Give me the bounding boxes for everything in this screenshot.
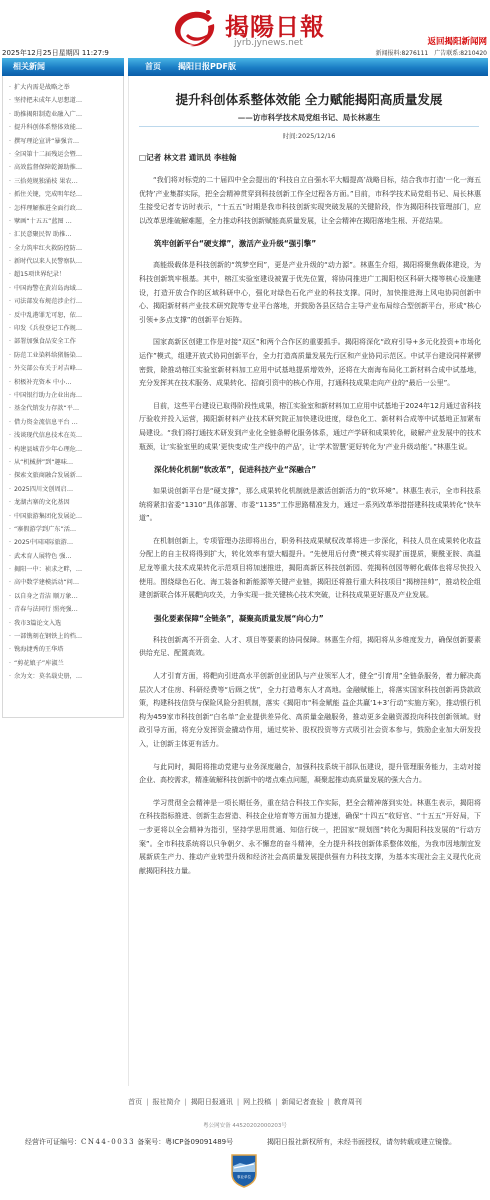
section-heading: 深化转化机制“软改革”，促进科技产业“深融合”	[139, 463, 481, 476]
article-time: 时间:2025/12/16	[129, 131, 489, 140]
related-news-item[interactable]: 探索文旅商融合发展新…	[9, 469, 123, 482]
article-paragraph: 在机制创新上，专项管理办法即将出台，职务科技成果赋权改革将进一步深化，科技人员在…	[139, 535, 481, 603]
related-news-link[interactable]: 抓住关键，完成明年经…	[14, 191, 82, 198]
link-separator: |	[275, 1098, 277, 1106]
related-news-item[interactable]: 外交部公布关于对吉峰…	[9, 362, 123, 375]
related-news-link[interactable]: 防范工业染料给猪肠染…	[14, 352, 82, 359]
related-news-link[interactable]: 超15项世界纪录！	[14, 271, 65, 278]
related-news-sidebar: 扩大内需是战略之举坚持把未成年人思想道…助推揭阳制造业融入广…提升科创体系整体效…	[2, 76, 124, 718]
related-news-item[interactable]: 擘画“十五五”蓝图 …	[9, 215, 123, 228]
related-news-item[interactable]: 反中乱港罪无可恕，依…	[9, 309, 123, 322]
license-label: 经营许可证编号：	[25, 1138, 81, 1146]
related-news-item[interactable]: 高效监督保障乾源助推…	[9, 161, 123, 174]
related-news-item[interactable]: 扩大内需是战略之举	[9, 81, 123, 94]
article-subtitle: ——访市科学技术局党组书记、局长林惠生	[129, 112, 489, 123]
related-news-item[interactable]: 中国银行助力企业出海…	[9, 389, 123, 402]
related-news-link[interactable]: 提升科创体系整体效能…	[14, 124, 82, 131]
related-news-item[interactable]: 部署加强食品安全工作	[9, 335, 123, 348]
related-news-item[interactable]: 全国第十二届残运会暨…	[9, 148, 123, 161]
related-news-link[interactable]: “寨假游学到广东”活…	[14, 526, 76, 533]
related-news-link[interactable]: 反中乱港罪无可恕，依…	[14, 312, 82, 319]
related-news-item[interactable]: 余为文：莫名载史册，…	[9, 670, 123, 683]
link-separator: |	[328, 1098, 330, 1106]
related-news-link[interactable]: 全国第十二届残运会暨…	[14, 151, 82, 158]
related-news-link[interactable]: 构建县城青少年心理危…	[14, 446, 82, 453]
svg-text:事业单位: 事业单位	[237, 1174, 251, 1179]
related-news-link[interactable]: 基金代销发力存款“平…	[14, 405, 79, 412]
related-news-item[interactable]: 提升科创体系整体效能…	[9, 121, 123, 134]
related-news-item[interactable]: 2025中国国际旅游…	[9, 536, 123, 549]
related-news-item[interactable]: 武术育人展特色 强…	[9, 550, 123, 563]
related-news-item[interactable]: 三拾苑规独涌枝 果农…	[9, 175, 123, 188]
logo-url: jyrb.jynews.net	[234, 38, 303, 48]
footer-link[interactable]: 新闻记者查验	[282, 1098, 324, 1106]
related-news-item[interactable]: 青春与法同行 照亮强…	[9, 603, 123, 616]
related-news-item[interactable]: 中国海警在黄岩岛海域…	[9, 282, 123, 295]
related-news-item[interactable]: 我市3篇论文入选	[9, 617, 123, 630]
footer-link[interactable]: 网上投稿	[243, 1098, 271, 1106]
related-news-link[interactable]: 余为文：莫名载史册，…	[14, 673, 82, 680]
article-paragraph: 人才引育方面，将靶向引进高水平创新创业团队与产业领军人才，健全“引育用”全链条服…	[139, 670, 481, 752]
related-news-link[interactable]: 司法部发布规范涉企行…	[14, 298, 82, 305]
related-news-item[interactable]: 新时代以来人民警察队…	[9, 255, 123, 268]
related-news-link[interactable]: 怎样理解推进全面行政…	[14, 205, 82, 212]
copyright-notice: 揭阳日报社新权所有，未经书面授权，请勿转载或建立镜像。	[267, 1137, 456, 1147]
related-news-item[interactable]: 防范工业染料给猪肠染…	[9, 349, 123, 362]
license-info: 经营许可证编号：CN44-0033 备案号：粤ICP备09091489号	[25, 1137, 233, 1147]
return-news-site-link[interactable]: 返回揭阳新闻网	[427, 35, 487, 47]
related-news-link[interactable]: 一部镌刻在钢铁上的档…	[14, 633, 82, 640]
related-news-item[interactable]: 怎样理解推进全面行政…	[9, 202, 123, 215]
related-news-item[interactable]: 司法部发布规范涉企行…	[9, 295, 123, 308]
related-news-item[interactable]: 积极补充资本 中小…	[9, 376, 123, 389]
article-title: 提升科创体系整体效能 全力赋能揭阳高质量发展	[129, 90, 489, 108]
article-paragraph: 如果说创新平台是“硬支撑”，那么成果转化机制就是激活创新活力的“软环境”。林惠生…	[139, 485, 481, 526]
related-news-item[interactable]: 高中数学建模活动“问…	[9, 576, 123, 589]
related-news-item[interactable]: 一部镌刻在钢铁上的档…	[9, 630, 123, 643]
sidebar-title: 相关新闻	[2, 58, 124, 76]
related-news-link[interactable]: 探索文旅商融合发展新…	[14, 472, 82, 479]
related-news-link[interactable]: 镌海捷秀的王华塔	[14, 646, 64, 653]
related-news-link[interactable]: 撰写理论宣讲“暴强音…	[14, 138, 79, 145]
related-news-link[interactable]: 汇民意聚民智 助推…	[14, 231, 72, 238]
link-separator: |	[237, 1098, 239, 1106]
related-news-link[interactable]: 以自身之青洁 顺万象…	[14, 593, 78, 600]
related-news-link[interactable]: “剪花娘子”库淑兰	[14, 660, 64, 667]
related-news-item[interactable]: 印发《兵役登记工作规…	[9, 322, 123, 335]
related-news-link[interactable]: 坚持把未成年人思想道…	[14, 97, 82, 104]
related-news-link[interactable]: 2025四川文创周启…	[14, 486, 73, 493]
related-news-item[interactable]: 2025四川文创周启…	[9, 483, 123, 496]
related-news-link[interactable]: 武术育人展特色 强…	[14, 553, 72, 560]
related-news-link[interactable]: 揭阳一中：祯求之畔，…	[14, 566, 82, 573]
related-news-link[interactable]: 新时代以来人民警察队…	[14, 258, 82, 265]
icp-record[interactable]: 备案号：粤ICP备09091489号	[137, 1138, 233, 1146]
link-separator: |	[146, 1098, 148, 1106]
nav-home[interactable]: 首页	[145, 58, 161, 76]
logo-swirl-icon	[168, 4, 224, 52]
article-paragraph: 学习贯彻全会精神是一项长期任务，重在结合科技工作实际，把全会精神落到实处。林惠生…	[139, 797, 481, 879]
related-news-item[interactable]: 借力资金流信息平台 …	[9, 416, 123, 429]
related-news-item[interactable]: 镌海捷秀的王华塔	[9, 643, 123, 656]
nav-pdf-edition[interactable]: 揭阳日报PDF版	[178, 58, 236, 76]
footer-link[interactable]: 首页	[128, 1098, 142, 1106]
footer-links: 首页|报社简介|揭阳日报通讯|网上投稿|新闻记者查验|教育周刊	[0, 1097, 490, 1107]
related-news-link[interactable]: 借力资金流信息平台 …	[14, 419, 78, 426]
current-datetime: 2025年12月25日星期四 11:27:9	[2, 48, 109, 58]
related-news-item[interactable]: 超15项世界纪录！	[9, 268, 123, 281]
related-news-item[interactable]: “剪花娘子”库淑兰	[9, 657, 123, 670]
article-byline: □记者 林文君 通讯员 李桂翰	[139, 152, 236, 163]
related-news-link[interactable]: 龙湖古寨的文化基因	[14, 499, 70, 506]
related-news-link[interactable]: 从“机械拼”到“趣味…	[14, 459, 73, 466]
related-news-item[interactable]: 汇民意聚民智 助推…	[9, 228, 123, 241]
related-news-item[interactable]: “寨假游学到广东”活…	[9, 523, 123, 536]
shield-badge-icon: 事业单位	[230, 1152, 258, 1188]
related-news-link[interactable]: 高效监督保障乾源助推…	[14, 164, 82, 171]
section-heading: 强化要素保障“全链条”，凝聚高质量发展“向心力”	[139, 612, 481, 625]
related-news-item[interactable]: 浅谈现代信息技术在英…	[9, 429, 123, 442]
related-news-link[interactable]: 助推揭阳制造业融入广…	[14, 111, 82, 118]
related-news-link[interactable]: 中国海警在黄岩岛海域…	[14, 285, 82, 292]
title-divider	[139, 126, 479, 127]
related-news-item[interactable]: 构建县城青少年心理危…	[9, 443, 123, 456]
article-body: “我们将对标党的二十届四中全会提出的‘科技自立自强水平大幅提高’战略目标，结合我…	[139, 174, 481, 887]
related-news-item[interactable]: 抓住关键，完成明年经…	[9, 188, 123, 201]
site-header: 揭陽日報 jyrb.jynews.net 2025年12月25日星期四 11:2…	[0, 0, 490, 57]
related-news-link[interactable]: 三拾苑规独涌枝 果农…	[14, 178, 78, 185]
main-nav: 首页 揭阳日报PDF版	[128, 58, 488, 76]
related-news-item[interactable]: 助推揭阳制造业融入广…	[9, 108, 123, 121]
related-news-link[interactable]: 积极补充资本 中小…	[14, 379, 72, 386]
link-separator: |	[184, 1098, 186, 1106]
section-heading: 筑牢创新平台“硬支撑”，激活产业升级“强引擎”	[139, 237, 481, 250]
public-institution-badge[interactable]: 事业单位	[230, 1152, 258, 1188]
related-news-link[interactable]: 印发《兵役登记工作规…	[14, 325, 82, 332]
related-news-list: 扩大内需是战略之举坚持把未成年人思想道…助推揭阳制造业融入广…提升科创体系整体效…	[3, 76, 123, 684]
article-paragraph: 与此同时，揭阳将推动党建与业务深度融合，加强科技系统干部队伍建设，提升管理服务能…	[139, 761, 481, 788]
footer-link[interactable]: 报社简介	[152, 1098, 180, 1106]
related-news-item[interactable]: 从“机械拼”到“趣味…	[9, 456, 123, 469]
related-news-link[interactable]: 中国旅游集团化发展论…	[14, 513, 82, 520]
article-paragraph: 高能级载体是科技创新的“筑梦空间”，更是产业升级的“动力源”。林惠生介绍，揭阳将…	[139, 259, 481, 327]
footer-link[interactable]: 教育周刊	[334, 1098, 362, 1106]
police-record[interactable]: 粤公网安备 44520202000203号	[0, 1121, 490, 1129]
article-container: 提升科创体系整体效能 全力赋能揭阳高质量发展 ——访市科学技术局党组书记、局长林…	[128, 76, 488, 1086]
related-news-item[interactable]: 全力筑牢红火救防控防…	[9, 242, 123, 255]
related-news-link[interactable]: 我市3篇论文入选	[14, 620, 61, 627]
related-news-link[interactable]: 擘画“十五五”蓝图 …	[14, 218, 72, 225]
article-paragraph: 国家高新区创建工作是对接“双区”和两个合作区的重要抓手。揭阳将深化“政府引导+多…	[139, 336, 481, 390]
related-news-link[interactable]: 外交部公布关于对吉峰…	[14, 365, 82, 372]
related-news-item[interactable]: 撰写理论宣讲“暴强音…	[9, 135, 123, 148]
related-news-item[interactable]: 以自身之青洁 顺万象…	[9, 590, 123, 603]
article-paragraph: 科技创新离不开资金、人才、项目等要素的协同保障。林惠生介绍，揭阳将从多维度发力，…	[139, 634, 481, 661]
related-news-link[interactable]: 高中数学建模活动“问…	[14, 579, 79, 586]
license-number: CN44-0033	[81, 1138, 135, 1146]
related-news-link[interactable]: 扩大内需是战略之举	[14, 84, 70, 91]
related-news-link[interactable]: 部署加强食品安全工作	[14, 338, 76, 345]
related-news-link[interactable]: 浅谈现代信息技术在英…	[14, 432, 82, 439]
contact-hotline: 新闻报料:8276111 广告联系:8210420	[376, 48, 488, 57]
related-news-item[interactable]: 中国旅游集团化发展论…	[9, 510, 123, 523]
related-news-item[interactable]: 揭阳一中：祯求之畔，…	[9, 563, 123, 576]
related-news-item[interactable]: 坚持把未成年人思想道…	[9, 94, 123, 107]
related-news-link[interactable]: 全力筑牢红火救防控防…	[14, 245, 82, 252]
related-news-item[interactable]: 龙湖古寨的文化基因	[9, 496, 123, 509]
article-paragraph: “我们将对标党的二十届四中全会提出的‘科技自立自强水平大幅提高’战略目标，结合我…	[139, 174, 481, 228]
related-news-link[interactable]: 2025中国国际旅游…	[14, 539, 73, 546]
related-news-item[interactable]: 基金代销发力存款“平…	[9, 402, 123, 415]
related-news-link[interactable]: 青春与法同行 照亮强…	[14, 606, 78, 613]
site-logo[interactable]: 揭陽日報 jyrb.jynews.net	[168, 4, 318, 54]
related-news-link[interactable]: 中国银行助力企业出海…	[14, 392, 82, 399]
article-paragraph: 目前，这些平台建设已取得阶段性成果，榕江实验室和新材料加工应用中试基地于2024…	[139, 400, 481, 454]
footer-link[interactable]: 揭阳日报通讯	[191, 1098, 233, 1106]
logo-text: 揭陽日報	[225, 7, 325, 42]
